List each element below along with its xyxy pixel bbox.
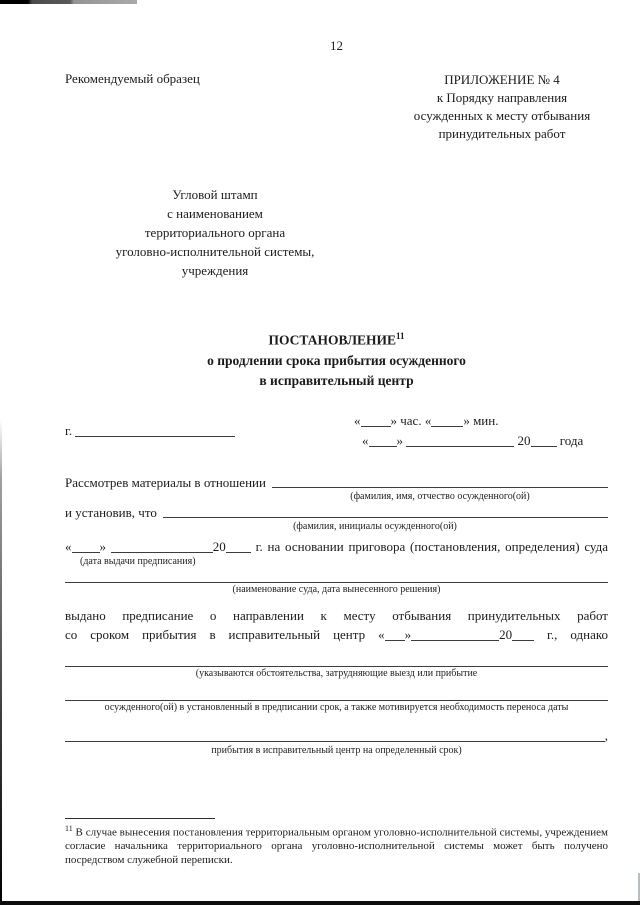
circumstances-caption-3: прибытия в исправительный центр на опред… (65, 745, 608, 757)
order-month-write-in-blank (111, 541, 213, 553)
stamp-line: территориального органа (75, 223, 355, 242)
circumstances-write-in-line-2 (65, 692, 608, 701)
city-field: г. (65, 411, 235, 439)
hours-label: час. (400, 413, 421, 428)
directive-line-2: со сроком прибытия в исправительный цент… (65, 625, 608, 644)
hours-write-in-blank (361, 415, 391, 427)
quote-close: » (463, 413, 470, 428)
court-write-in-line (65, 576, 608, 583)
minutes-write-in-blank (431, 415, 463, 427)
order-date-row: «» 20 г. на основании приговора (постано… (65, 539, 608, 555)
stamp-line: учреждения (75, 261, 355, 280)
year-write-in-blank (531, 435, 557, 447)
arrival-month-write-in-blank (411, 629, 499, 641)
appendix-line: ПРИЛОЖЕНИЕ № 4 (396, 71, 608, 89)
scanned-document-page: 12 Рекомендуемый образец ПРИЛОЖЕНИЕ № 4 … (0, 0, 640, 905)
document-title: ПОСТАНОВЛЕНИЕ11 о продлении срока прибыт… (65, 326, 608, 391)
arrival-year-write-in-blank (512, 629, 534, 641)
stamp-line: с наименованием (75, 204, 355, 223)
directive-paragraph: выдано предписание о направлении к месту… (65, 606, 608, 644)
quote-close: » (391, 413, 398, 428)
page-content: 12 Рекомендуемый образец ПРИЛОЖЕНИЕ № 4 … (0, 38, 640, 867)
arrival-day-write-in-blank (385, 629, 405, 641)
title-subtitle-1: о продлении срока прибытия осужденного (65, 351, 608, 371)
appendix-block: ПРИЛОЖЕНИЕ № 4 к Порядку направления осу… (396, 71, 608, 143)
day-write-in-blank (369, 435, 397, 447)
circumstances-caption-2: осужденного(ой) в установленный в предпи… (65, 702, 608, 714)
title-subtitle-2: в исправительный центр (65, 371, 608, 391)
century-prefix: 20 (518, 433, 531, 448)
considered-caption: (фамилия, имя, отчество осужденного(ой) (295, 491, 585, 503)
circumstances-write-in-line-3: , (65, 728, 608, 744)
established-write-in-blank (163, 517, 608, 518)
order-suffix: г. на основании приговора (постановления… (256, 539, 608, 554)
city-prefix: г. (65, 423, 72, 438)
footnote-ref: 11 (65, 824, 73, 833)
considered-field-row: Рассмотрев материалы в отношении (65, 475, 608, 491)
circumstances-write-in-blank-3 (65, 741, 605, 742)
footnote-text: В случае вынесения постановления террито… (65, 826, 608, 866)
header: Рекомендуемый образец ПРИЛОЖЕНИЕ № 4 к П… (65, 71, 608, 143)
time-date-block: «» час. «» мин. «» 20 года (354, 411, 608, 451)
order-year-write-in-blank (226, 541, 251, 553)
directive-line-1: выдано предписание о направлении к месту… (65, 606, 608, 625)
city-write-in-blank (75, 425, 235, 437)
minutes-label: мин. (473, 413, 498, 428)
scan-artifact-top-edge (0, 0, 137, 4)
year-label: года (560, 433, 584, 448)
trailing-comma: , (605, 728, 608, 744)
order-date-caption: (дата выдачи предписания) (80, 556, 608, 568)
order-century: 20 (213, 539, 226, 554)
order-day-write-in-blank (72, 541, 100, 553)
established-caption: (фамилия, инициалы осужденного(ой) (235, 521, 515, 533)
established-prefix: и установив, что (65, 505, 157, 521)
time-line: «» час. «» мин. (354, 411, 608, 431)
directive-line2-suffix: г., однако (547, 627, 608, 642)
appendix-line: принудительных работ (396, 125, 608, 143)
scan-artifact-left-edge (0, 420, 2, 905)
quote-close: » (397, 433, 404, 448)
date-line: «» 20 года (362, 431, 608, 451)
footnote: 11 В случае вынесения постановления терр… (65, 822, 608, 868)
court-caption: (наименование суда, дата вынесенного реш… (65, 584, 608, 596)
title-main-text: ПОСТАНОВЛЕНИЕ (268, 333, 396, 348)
considered-write-in-blank (272, 487, 608, 488)
circumstances-write-in-line-1 (65, 658, 608, 667)
arrival-century: 20 (499, 627, 512, 642)
appendix-line: к Порядку направления (396, 89, 608, 107)
directive-line2-prefix: со сроком прибытия в исправительный цент… (65, 627, 365, 642)
scan-artifact-bottom-edge (0, 901, 640, 905)
established-field-row: и установив, что (65, 505, 608, 521)
month-write-in-blank (406, 435, 514, 447)
recommended-sample-label: Рекомендуемый образец (65, 71, 200, 87)
page-number: 12 (65, 38, 608, 54)
considered-prefix: Рассмотрев материалы в отношении (65, 475, 266, 491)
date-time-row: г. «» час. «» мин. «» 20 года (65, 411, 608, 451)
appendix-line: осужденных к месту отбывания (396, 107, 608, 125)
title-main: ПОСТАНОВЛЕНИЕ11 (65, 326, 608, 351)
quote-close: » (100, 539, 107, 554)
corner-stamp-placeholder: Угловой штамп с наименованием территориа… (75, 185, 355, 280)
stamp-line: Угловой штамп (75, 185, 355, 204)
title-footnote-ref: 11 (396, 331, 405, 341)
circumstances-caption-1: (указываются обстоятельства, затрудняющи… (65, 668, 608, 680)
stamp-line: уголовно-исполнительной системы, (75, 242, 355, 261)
footnote-separator (65, 818, 215, 819)
